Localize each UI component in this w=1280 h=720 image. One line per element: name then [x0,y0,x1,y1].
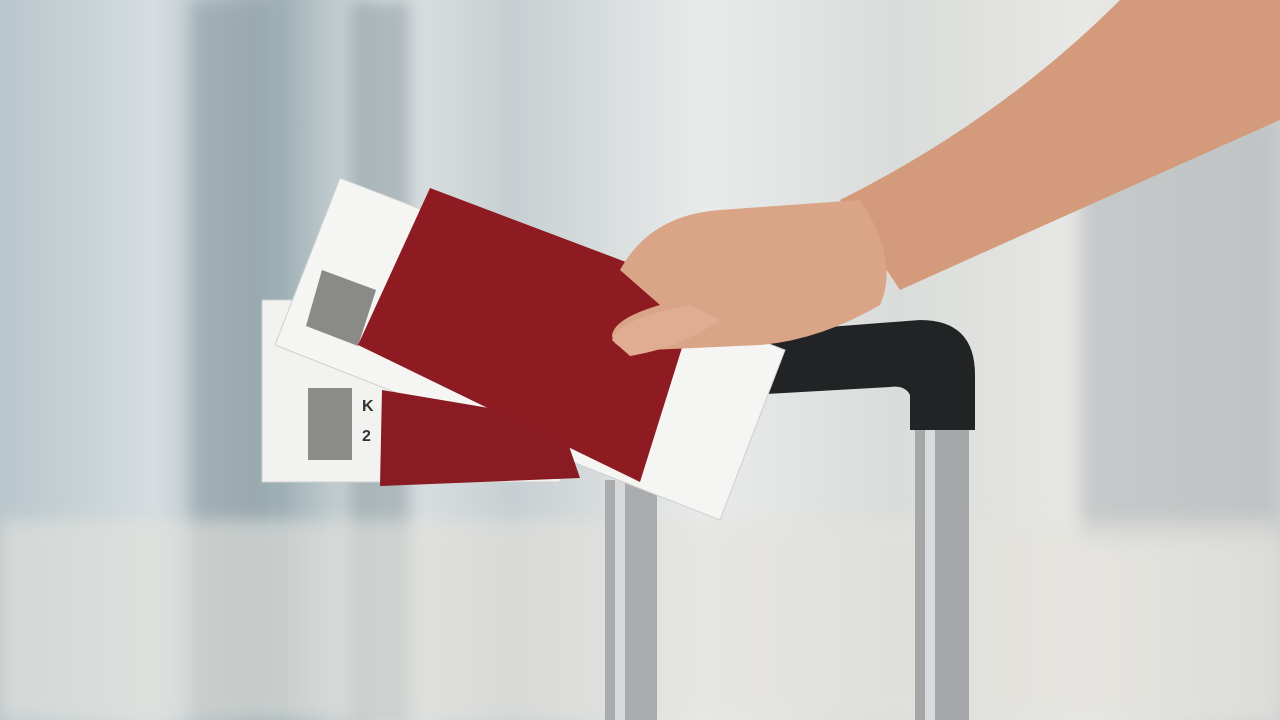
suitcase-pole-left [605,480,657,720]
arm [840,0,1280,290]
qr-code-back [308,388,352,460]
photo-scene: K 2 [0,0,1280,720]
boarding-pass-text: K [362,398,374,416]
suitcase-pole-right [915,420,969,720]
boarding-pass-text: 2 [362,428,371,446]
illustration [0,0,1280,720]
